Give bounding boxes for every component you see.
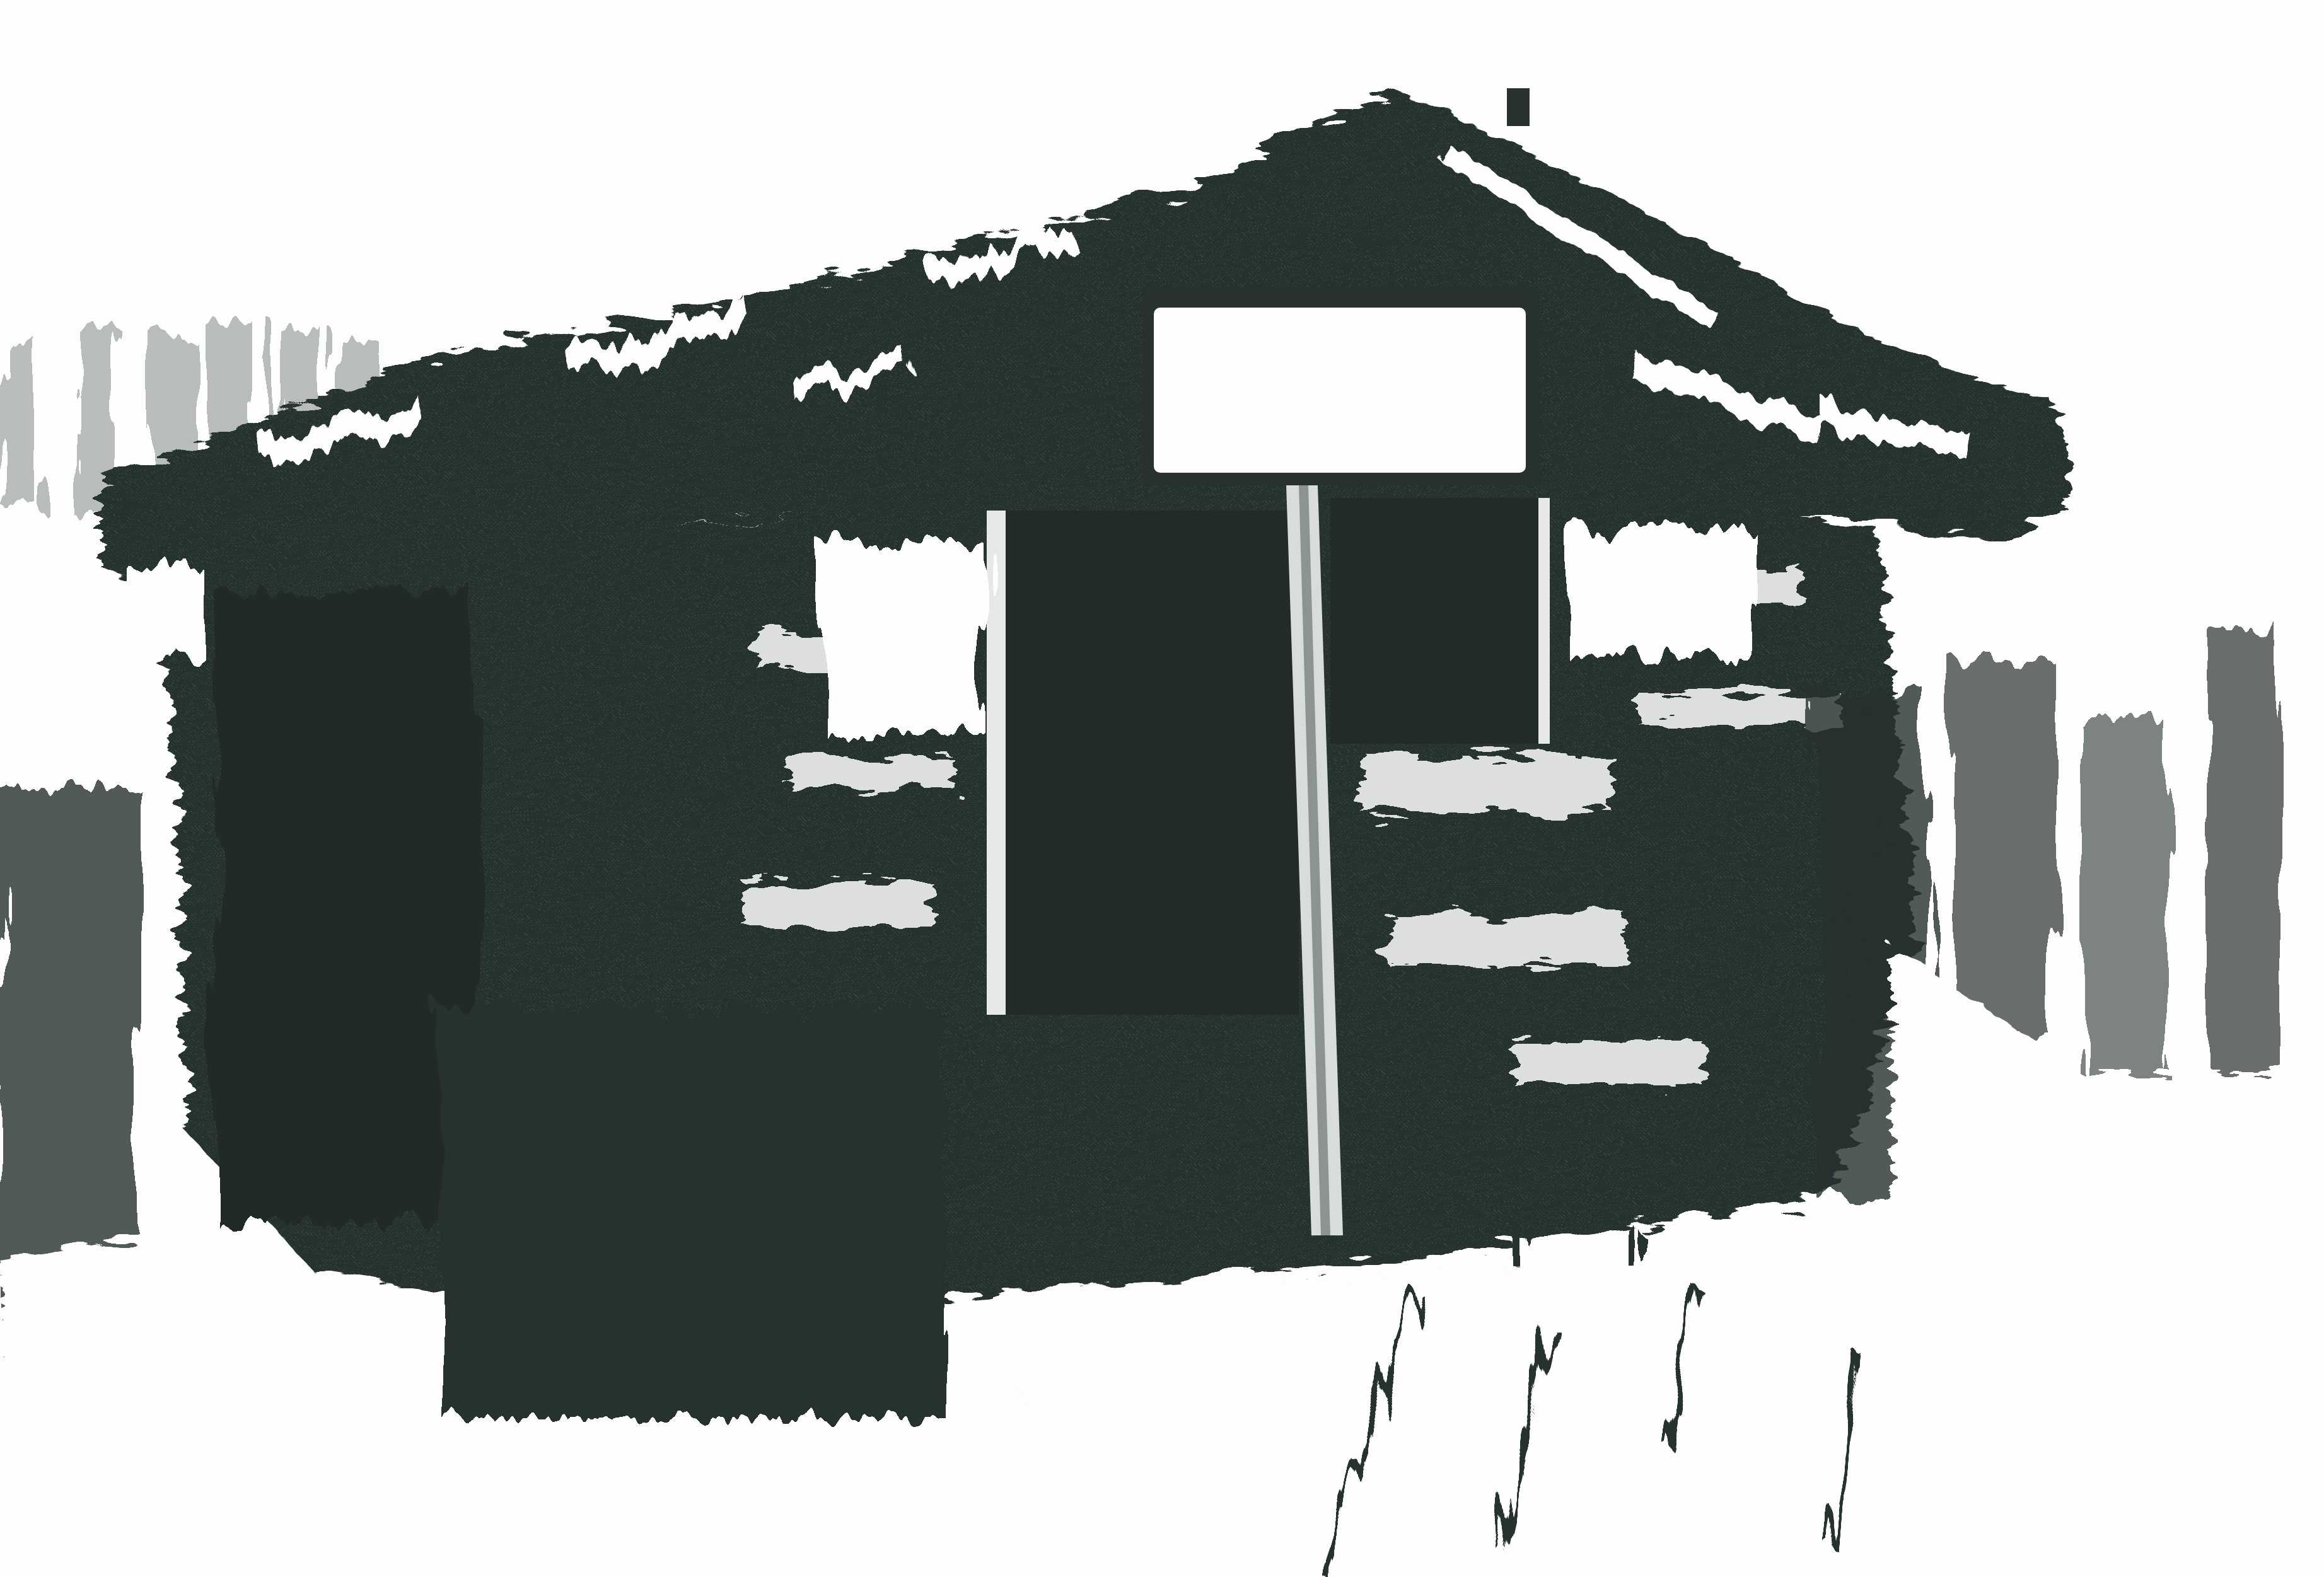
photograph [0, 0, 2324, 1577]
doorway-frame-left [987, 511, 1006, 1015]
window-frame-right [1538, 498, 1550, 744]
doorway [1002, 511, 1299, 1015]
left-annex [214, 592, 479, 1223]
sign-board [1142, 287, 1540, 485]
chimney [1507, 88, 1530, 126]
window [1330, 498, 1545, 744]
